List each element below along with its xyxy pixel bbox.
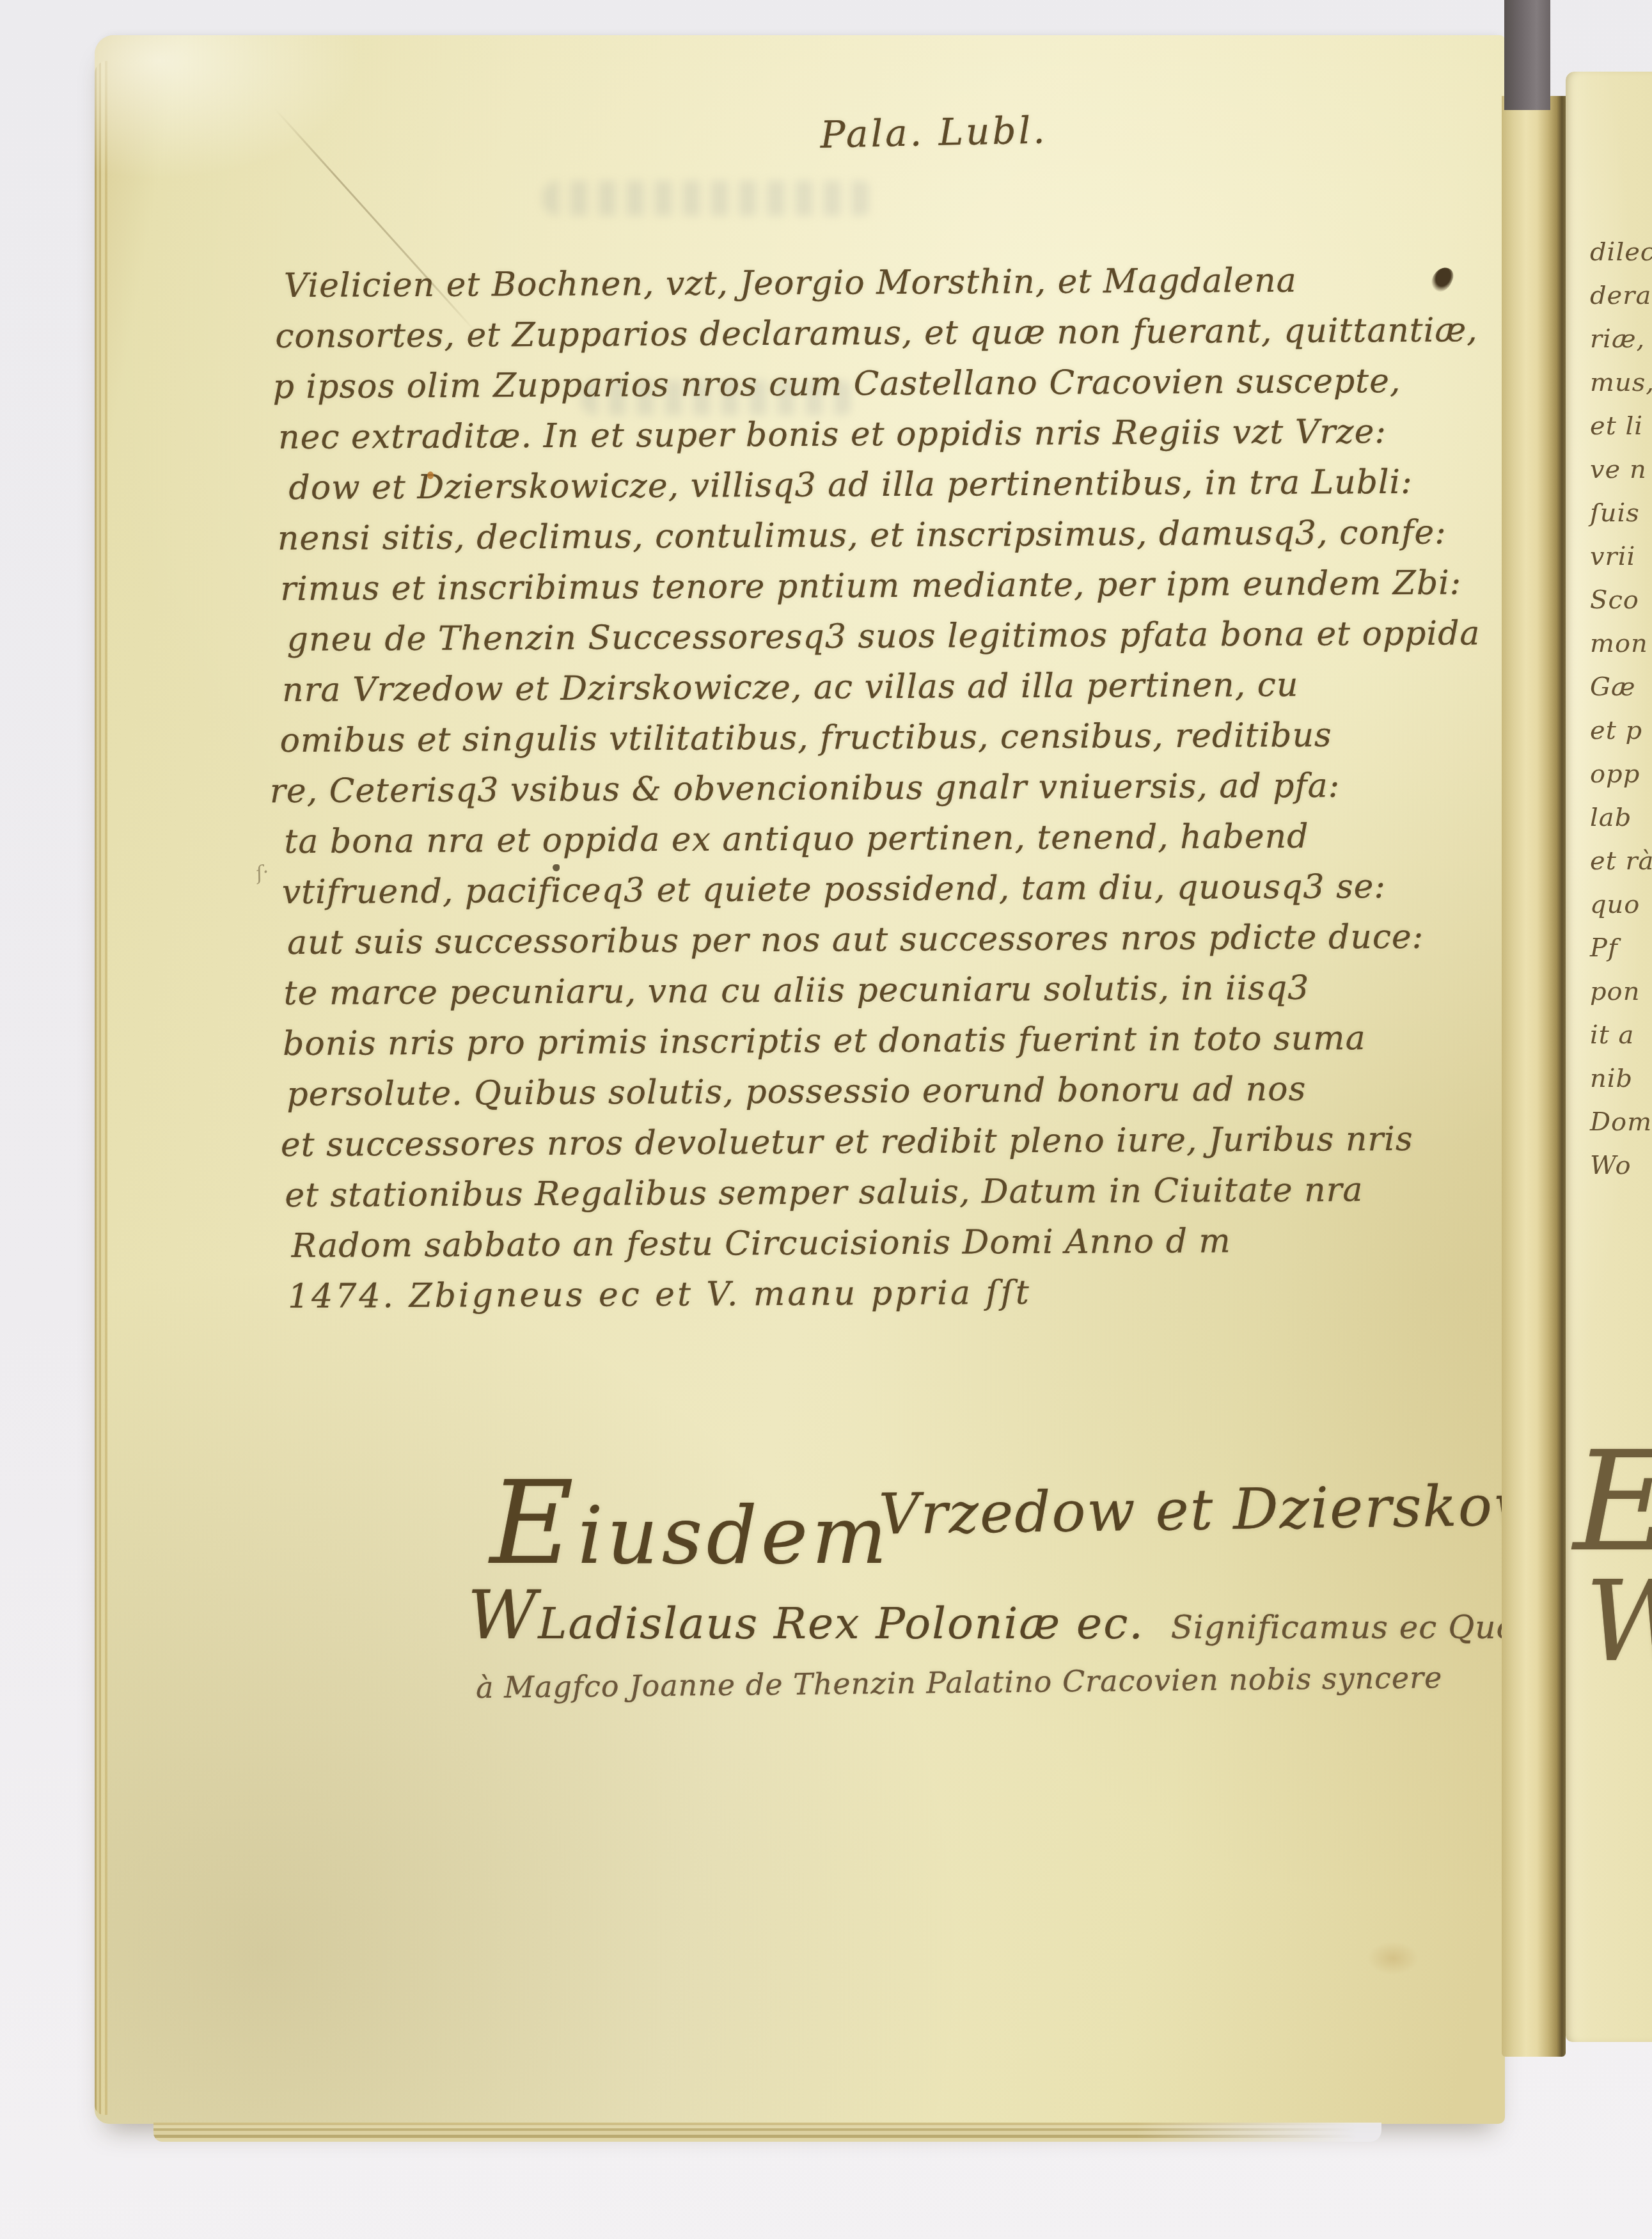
ink-speck [553, 864, 560, 871]
right-page-text-fragments: dilecto derat riæ, p mus, et li ve n ſui… [1590, 230, 1652, 1187]
text-fragment: Wo [1590, 1144, 1652, 1187]
text-fragment: mon [1590, 622, 1652, 665]
text-fragment: it a [1590, 1013, 1652, 1057]
royal-formula: Significamus ec Quomo [1171, 1609, 1505, 1646]
text-fragment: riæ, p [1590, 317, 1652, 361]
royal-title: WLadislaus Rex Poloniæ ec. [468, 1576, 1144, 1654]
manuscript-line: gneu de Thenzin Successoresq3 suos legit… [287, 608, 1505, 665]
text-fragment: derat [1590, 274, 1652, 317]
royal-intitulation-row: WLadislaus Rex Poloniæ ec. Significamus … [468, 1576, 1505, 1654]
manuscript-line: ta bona nra et oppida ex antiquo pertine… [284, 811, 1505, 867]
manuscript-line: 1474. Zbigneus ec et V. manu ppria ſſt [288, 1265, 1505, 1322]
text-fragment: vrii [1590, 535, 1652, 578]
text-fragment: mus, [1590, 361, 1652, 404]
manuscript-body: Vielicien et Bochnen, vzt, Jeorgio Morst… [284, 255, 1505, 1322]
manuscript-line: et stationibus Regalibus semper saluis, … [285, 1164, 1505, 1221]
manuscript-line: persolute. Quibus solutis, possessio eor… [287, 1063, 1505, 1120]
manuscript-line: nra Vrzedow et Dzirskowicze, ac villas a… [282, 659, 1505, 716]
manuscript-line: consortes, et Zupparios declaramus, et q… [275, 305, 1505, 362]
manuscript-line: Radom sabbato an festu Circucisionis Dom… [292, 1215, 1505, 1272]
page-stack-bottom-edge [153, 2123, 1381, 2142]
text-fragment: ſuis [1590, 491, 1652, 535]
text-fragment: opp [1590, 752, 1652, 796]
text-fragment: et rà [1590, 839, 1652, 883]
margin-mark: ſ· [254, 860, 271, 885]
manuscript-photo: Pala. Lubl. Vielicien et Bochnen, vzt, J… [0, 0, 1652, 2239]
paper-stain [1367, 1942, 1419, 1975]
right-page-sliver: dilecto derat riæ, p mus, et li ve n ſui… [1566, 72, 1652, 2042]
manuscript-line: bonis nris pro primis inscriptis et dona… [283, 1013, 1505, 1070]
text-fragment: lab [1590, 796, 1652, 839]
manuscript-line: nensi sitis, declimus, contulimus, et in… [278, 507, 1505, 564]
text-fragment: Gæ [1590, 665, 1652, 709]
bleed-through-smudge [542, 181, 875, 216]
manuscript-line: re, Ceterisq3 vsibus & obvencionibus gna… [270, 760, 1505, 817]
entry-heading-eiusdem: Eiusdem [490, 1457, 891, 1590]
manuscript-line: dow et Dzierskowicze, villisq3 ad illa p… [288, 457, 1505, 514]
text-fragment: Dom [1590, 1100, 1652, 1144]
text-fragment: ve n [1590, 448, 1652, 491]
manuscript-line: et successores nros devoluetur et redibi… [281, 1114, 1505, 1171]
text-fragment: quo [1590, 883, 1652, 926]
manuscript-line: omibus et singulis vtilitatibus, fructib… [279, 709, 1505, 766]
entry-heading-placenames: Vrzedow et Dzierskowicze [878, 1470, 1505, 1547]
running-head: Pala. Lubl. [709, 106, 1158, 159]
rust-speck [427, 471, 434, 479]
manuscript-line: te marce pecuniaru, vna cu aliis pecunia… [283, 962, 1505, 1019]
manuscript-line: vtifruend, pacificeq3 et quiete possiden… [282, 861, 1505, 918]
initial-flourish-top: E [1573, 1433, 1652, 1570]
text-fragment: nib [1590, 1057, 1652, 1100]
initial-flourish-bottom: W [1585, 1566, 1652, 1678]
manuscript-line: nec extraditæ. In et super bonis et oppi… [278, 406, 1505, 463]
text-fragment: et li [1590, 404, 1652, 448]
text-fragment: Sco [1590, 578, 1652, 622]
manuscript-line: rimus et inscribimus tenore pntium media… [280, 558, 1505, 615]
manuscript-line: aut suis successoribus per nos aut succe… [287, 912, 1505, 969]
book-gutter [1502, 96, 1566, 2057]
final-text-line: à Magfco Joanne de Thenzin Palatino Crac… [476, 1660, 1443, 1705]
manuscript-line: p ipsos olim Zupparios nros cum Castella… [272, 356, 1505, 413]
left-page: Pala. Lubl. Vielicien et Bochnen, vzt, J… [95, 35, 1505, 2124]
text-fragment: dilecto [1590, 230, 1652, 274]
manuscript-line: Vielicien et Bochnen, vzt, Jeorgio Morst… [284, 255, 1505, 312]
book-strap [1504, 0, 1550, 110]
text-fragment: et p [1590, 709, 1652, 752]
text-fragment: Pf [1590, 926, 1652, 970]
text-fragment: pon [1590, 970, 1652, 1013]
